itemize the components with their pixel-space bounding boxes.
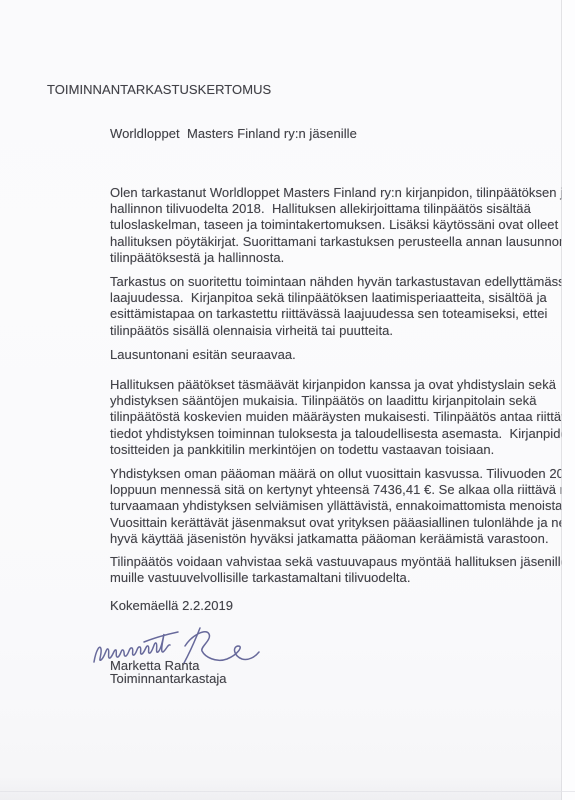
signer-role: Toiminnantarkastaja [110,671,227,687]
scan-bottom-edge-seam [0,791,575,792]
addressee-line: Worldloppet Masters Finland ry:n jäsenil… [110,126,357,142]
paragraph-scope: Tarkastus on suoritettu toimintaan nähde… [110,274,572,339]
paragraph-equity: Yhdistyksen oman pääoman määrä on ollut … [110,466,575,547]
paragraph-statement-lead: Lausuntonani esitän seuraavaa. [110,347,296,363]
scanned-document-page: TOIMINNANTARKASTUSKERTOMUS Worldloppet M… [0,0,575,800]
paragraph-introduction: Olen tarkastanut Worldloppet Masters Fin… [110,185,570,266]
document-title: TOIMINNANTARKASTUSKERTOMUS [47,82,271,98]
place-date-line: Kokemäellä 2.2.2019 [110,598,233,614]
scan-right-edge-strip [562,0,575,800]
paragraph-conclusion: Tilinpäätös voidaan vahvistaa sekä vastu… [110,554,575,586]
paragraph-findings: Hallituksen päätökset täsmäävät kirjanpi… [110,377,575,458]
